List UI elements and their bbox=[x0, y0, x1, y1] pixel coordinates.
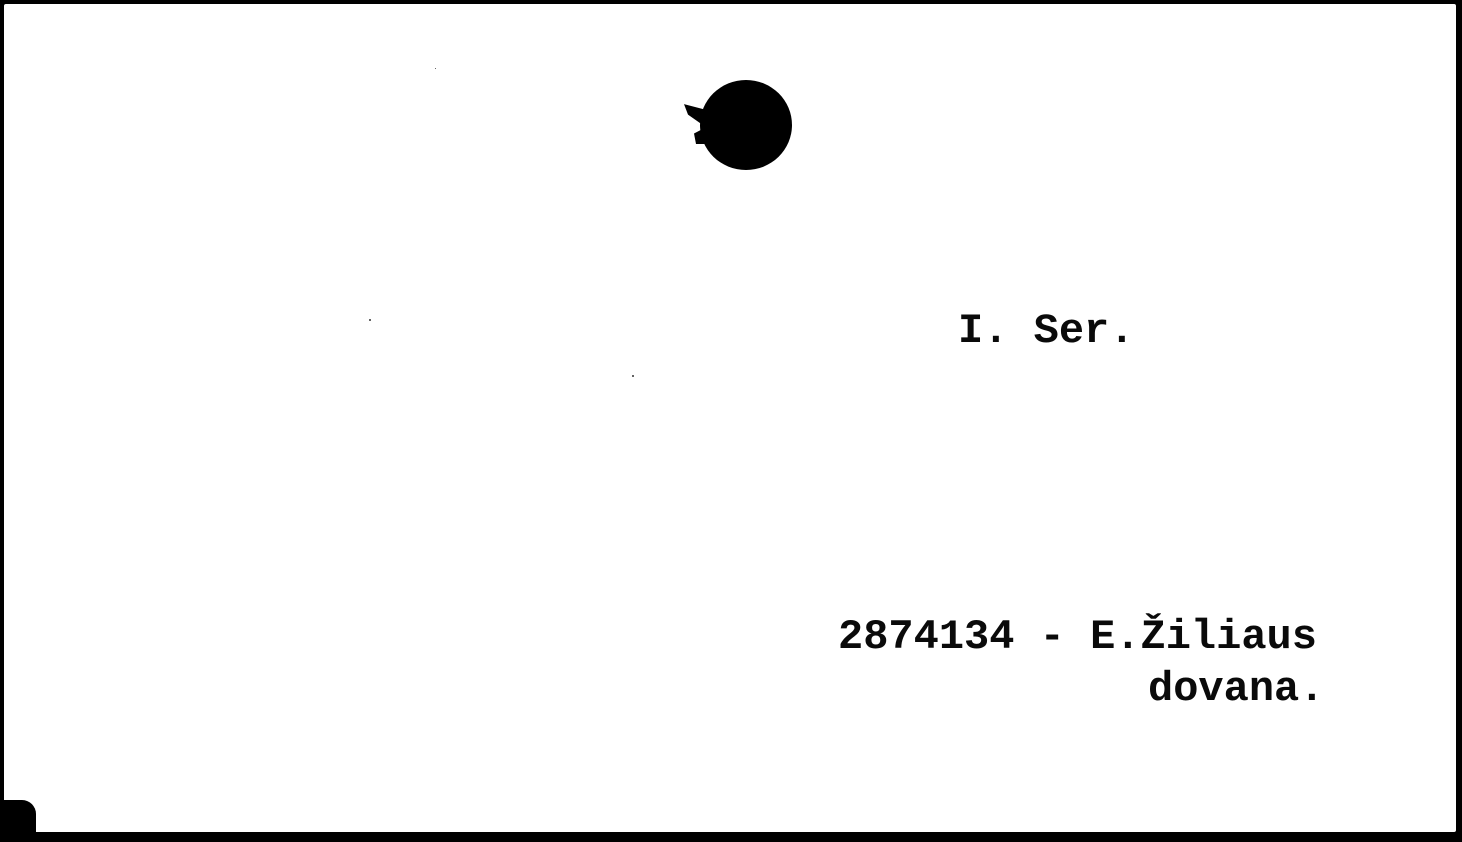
scan-border-top bbox=[0, 0, 1462, 3]
entry-line-1: 2874134 - E.Žiliaus bbox=[838, 616, 1317, 658]
paper-speck bbox=[632, 375, 634, 377]
card-corner-shadow bbox=[0, 800, 36, 842]
paper-speck bbox=[369, 319, 371, 321]
paper-speck bbox=[435, 68, 436, 69]
entry-description-line-1: E.Žiliaus bbox=[1090, 613, 1317, 661]
series-label: I. Ser. bbox=[958, 310, 1134, 352]
punch-hole bbox=[700, 80, 792, 170]
entry-description-line-2: dovana. bbox=[1148, 668, 1324, 710]
accession-number: 2874134 bbox=[838, 613, 1014, 661]
entry-separator: - bbox=[1040, 613, 1065, 661]
scan-border-right bbox=[1456, 0, 1462, 842]
